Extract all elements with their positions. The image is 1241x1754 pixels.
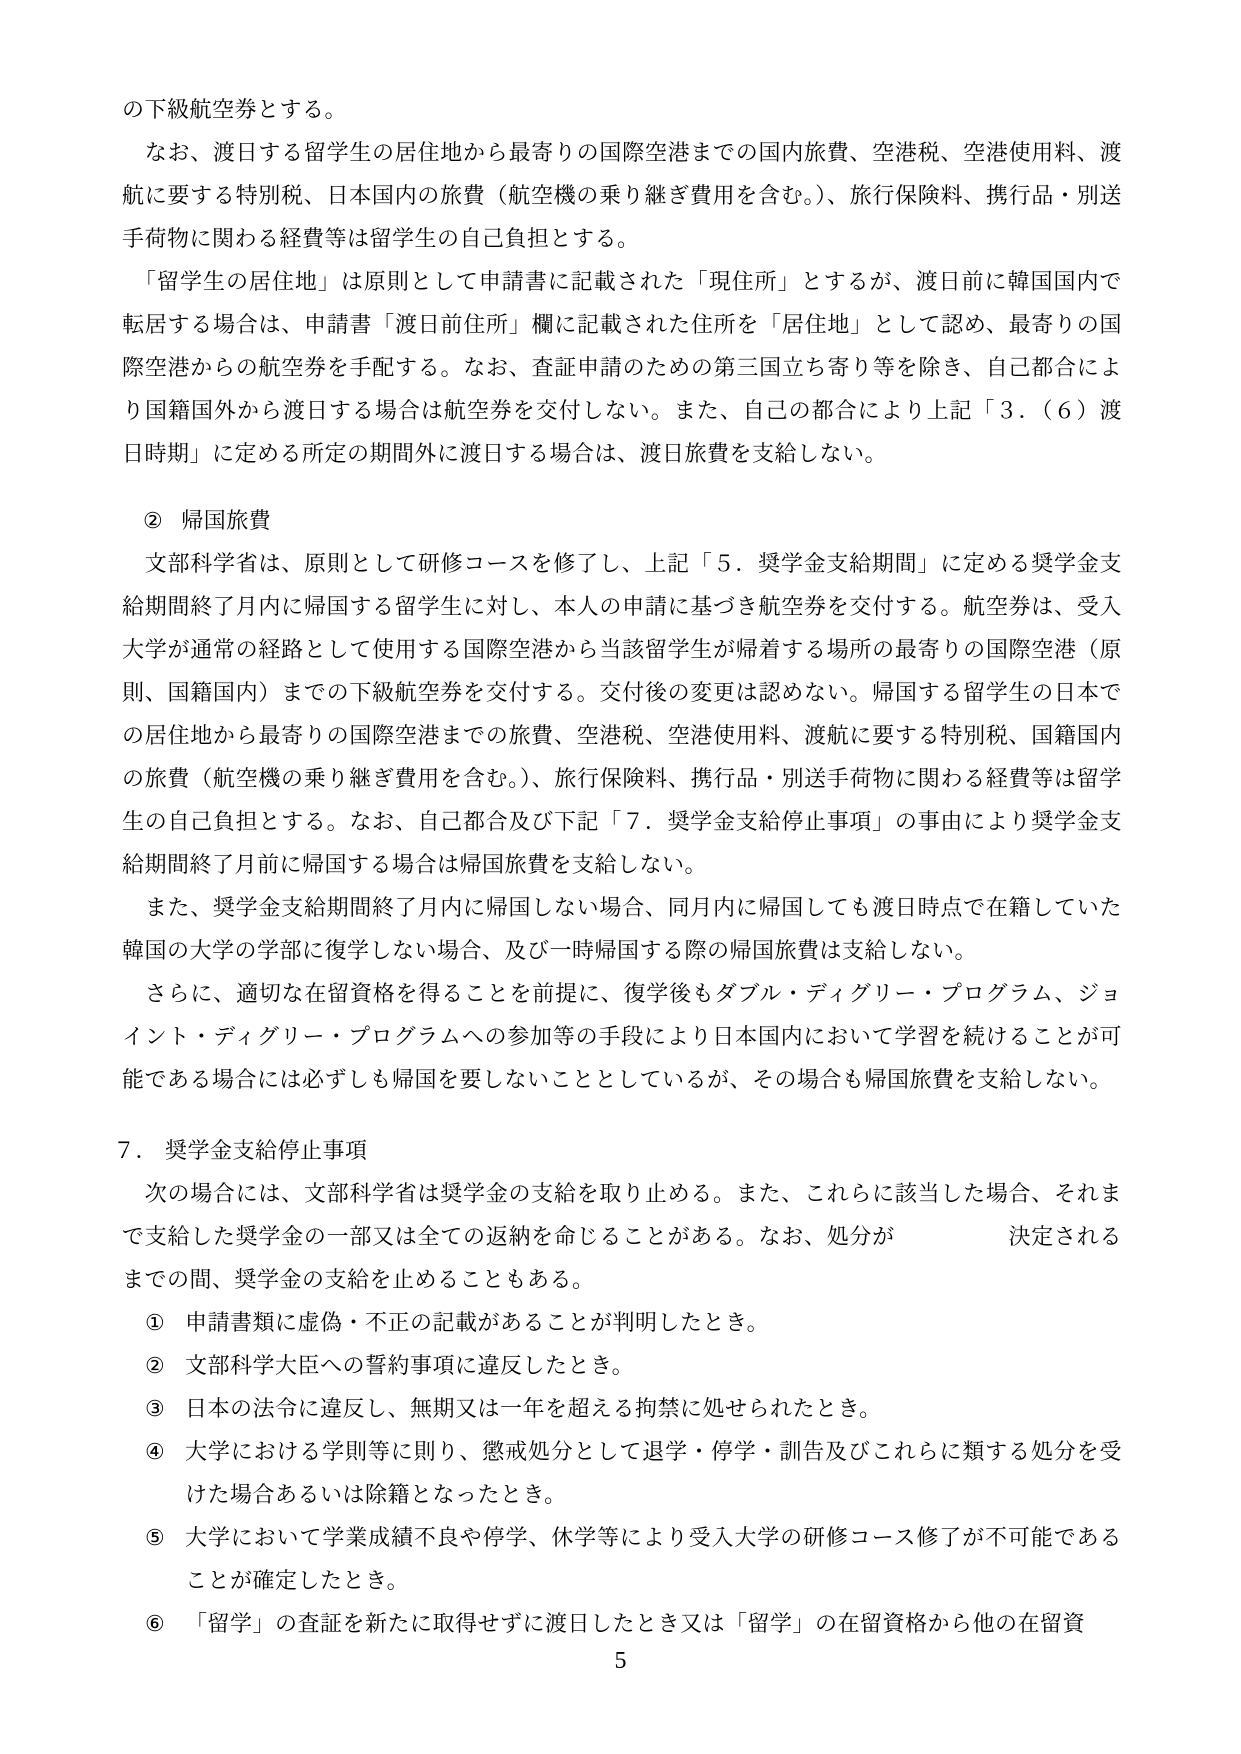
document-page: の下級航空券とする。 なお、渡日する留学生の居住地から最寄りの国際空港までの国内… <box>0 0 1241 1754</box>
list-item-text: 文部科学大臣への誓約事項に違反したとき。 <box>185 1344 1122 1387</box>
section-heading-scholarship-suspension: ７．奨学金支給停止事項 <box>113 1129 1122 1172</box>
list-item: ② 文部科学大臣への誓約事項に違反したとき。 <box>122 1344 1122 1387</box>
list-item-number: ① <box>145 1301 171 1344</box>
page-number: 5 <box>0 1648 1241 1675</box>
list-item: ⑤ 大学において学業成績不良や停学、休学等により受入大学の研修コース修了が不可能… <box>122 1516 1122 1602</box>
list-item-text: 申請書類に虚偽・不正の記載があることが判明したとき。 <box>185 1301 1122 1344</box>
list-item: ③ 日本の法令に違反し、無期又は一年を超える拘禁に処せられたとき。 <box>122 1387 1122 1430</box>
list-item: ① 申請書類に虚偽・不正の記載があることが判明したとき。 <box>122 1301 1122 1344</box>
section-title: 奨学金支給停止事項 <box>165 1138 368 1163</box>
paragraph: 次の場合には、文部科学省は奨学金の支給を取り止める。また、これらに該当した場合、… <box>122 1172 1122 1301</box>
section-number: ７． <box>113 1138 158 1163</box>
paragraph: また、奨学金支給期間終了月内に帰国しない場合、同月内に帰国しても渡日時点で在籍し… <box>122 886 1122 972</box>
list-item: ⑥ 「留学」の査証を新たに取得せずに渡日したとき又は「留学」の在留資格から他の在… <box>122 1602 1122 1645</box>
suspension-conditions-list: ① 申請書類に虚偽・不正の記載があることが判明したとき。 ② 文部科学大臣への誓… <box>122 1301 1122 1645</box>
list-item-text: 日本の法令に違反し、無期又は一年を超える拘禁に処せられたとき。 <box>185 1387 1122 1430</box>
list-item: ④ 大学における学則等に則り、懲戒処分として退学・停学・訓告及びこれらに類する処… <box>122 1430 1122 1516</box>
paragraph: 「留学生の居住地」は原則として申請書に記載された「現住所」とするが、渡日前に韓国… <box>122 260 1122 475</box>
list-item-text: 大学において学業成績不良や停学、休学等により受入大学の研修コース修了が不可能であ… <box>185 1516 1122 1602</box>
paragraph: 文部科学省は、原則として研修コースを修了し、上記「５．奨学金支給期間」に定める奨… <box>122 542 1122 886</box>
document-body: の下級航空券とする。 なお、渡日する留学生の居住地から最寄りの国際空港までの国内… <box>122 88 1122 1645</box>
paragraph: さらに、適切な在留資格を得ることを前提に、復学後もダブル・ディグリー・プログラム… <box>122 972 1122 1101</box>
list-item-number: ③ <box>145 1387 171 1430</box>
list-item-text: 「留学」の査証を新たに取得せずに渡日したとき又は「留学」の在留資格から他の在留資 <box>185 1602 1122 1645</box>
list-item-number: ④ <box>145 1430 171 1516</box>
list-item-text: 大学における学則等に則り、懲戒処分として退学・停学・訓告及びこれらに類する処分を… <box>185 1430 1122 1516</box>
paragraph: なお、渡日する留学生の居住地から最寄りの国際空港までの国内旅費、空港税、空港使用… <box>122 131 1122 260</box>
subsection-number: ② <box>143 508 163 533</box>
list-item-number: ⑤ <box>145 1516 171 1602</box>
list-item-number: ⑥ <box>145 1602 171 1645</box>
subsection-title: 帰国旅費 <box>181 508 271 533</box>
paragraph-continuation: の下級航空券とする。 <box>122 88 1122 131</box>
list-item-number: ② <box>145 1344 171 1387</box>
subsection-heading-return-travel: ②帰国旅費 <box>122 499 1122 542</box>
